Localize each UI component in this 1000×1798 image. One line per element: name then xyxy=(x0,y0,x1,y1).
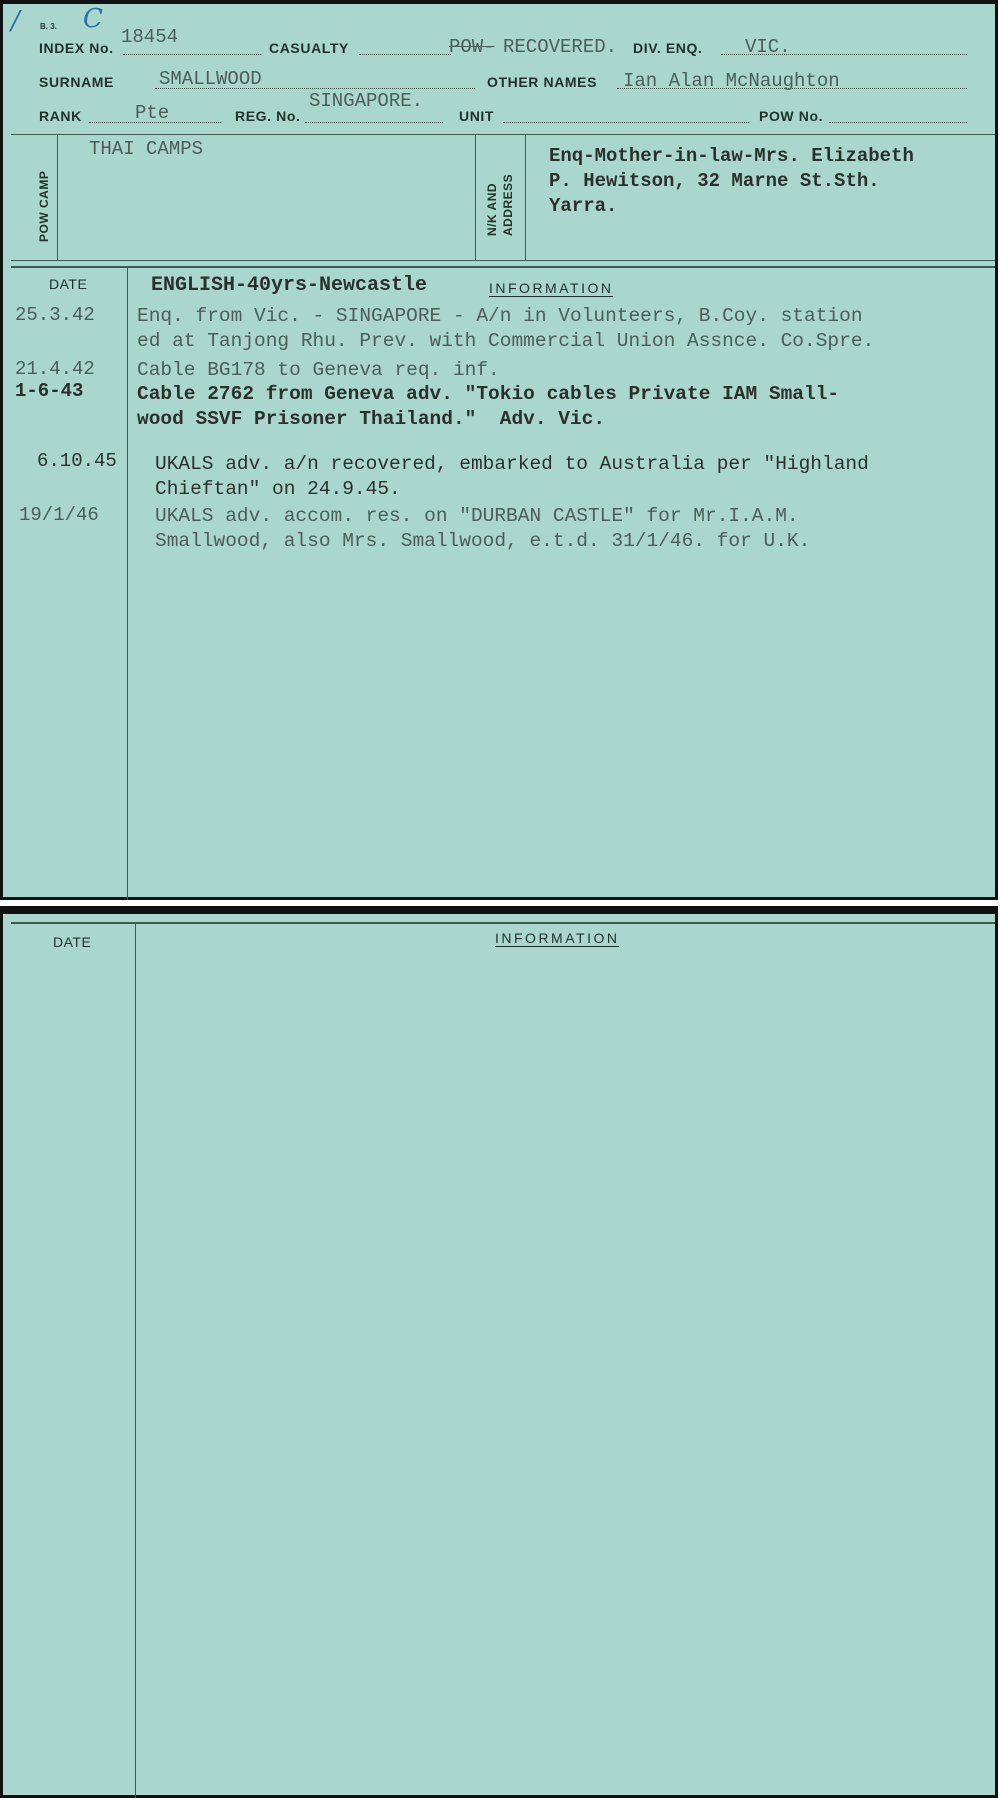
pow-camp-label: POW CAMP xyxy=(37,171,51,242)
pow-camp-value: THAI CAMPS xyxy=(89,138,203,160)
entry-date: 21.4.42 xyxy=(15,358,95,380)
index-card-front: / C B. 3. INDEX No. 18454 CASUALTY POW- … xyxy=(0,0,998,900)
entry-text: Enq. from Vic. - SINGAPORE - A/n in Volu… xyxy=(137,304,874,354)
heading-note: ENGLISH-40yrs-Newcastle xyxy=(151,274,427,297)
date-column-header: DATE xyxy=(53,934,91,950)
casualty-label: CASUALTY xyxy=(269,40,349,56)
entry-date: 6.10.45 xyxy=(37,450,117,472)
surname-value: SMALLWOOD xyxy=(159,68,262,90)
information-column-header: INFORMATION xyxy=(489,280,613,297)
nk-and-label: N/K AND xyxy=(485,183,499,236)
entry-text: Cable 2762 from Geneva adv. "Tokio cable… xyxy=(137,382,839,432)
nk-address-line: Yarra. xyxy=(549,194,914,219)
div-enq-value: VIC. xyxy=(745,36,791,58)
pow-no-label: POW No. xyxy=(759,108,823,124)
nk-address-line: Enq-Mother-in-law-Mrs. Elizabeth xyxy=(549,144,914,169)
index-no-value: 18454 xyxy=(121,26,178,48)
ink-letter-annotation: C xyxy=(83,4,103,34)
casualty-struck-value: POW- xyxy=(449,36,495,58)
rank-value: Pte xyxy=(135,102,169,124)
entry-text: Cable BG178 to Geneva req. inf. xyxy=(137,358,500,383)
casualty-value: RECOVERED. xyxy=(503,36,617,58)
entry-date: 25.3.42 xyxy=(15,304,95,326)
nk-address-block: Enq-Mother-in-law-Mrs. Elizabeth P. Hewi… xyxy=(549,144,914,219)
nk-address-line: P. Hewitson, 32 Marne St.Sth. xyxy=(549,169,914,194)
other-names-value: Ian Alan McNaughton xyxy=(623,70,840,92)
ink-tick-mark: / xyxy=(11,6,20,36)
surname-label: SURNAME xyxy=(39,74,114,90)
information-column-header: INFORMATION xyxy=(495,930,619,947)
reg-no-value: SINGAPORE. xyxy=(309,90,423,112)
reg-no-label: REG. No. xyxy=(235,108,300,124)
entry-date: 1-6-43 xyxy=(15,380,83,402)
address-label: ADDRESS xyxy=(501,174,515,236)
entry-date: 19/1/46 xyxy=(19,504,99,526)
unit-label: UNIT xyxy=(459,108,494,124)
form-code: B. 3. xyxy=(40,22,57,31)
div-enq-label: DIV. ENQ. xyxy=(633,40,702,56)
other-names-label: OTHER NAMES xyxy=(487,74,597,90)
date-column-header: DATE xyxy=(49,276,87,292)
index-no-label: INDEX No. xyxy=(39,40,114,56)
index-card-back: DATE INFORMATION xyxy=(0,906,998,1798)
entry-text: UKALS adv. a/n recovered, embarked to Au… xyxy=(155,452,869,502)
rank-label: RANK xyxy=(39,108,82,124)
entry-text: UKALS adv. accom. res. on "DURBAN CASTLE… xyxy=(155,504,810,554)
